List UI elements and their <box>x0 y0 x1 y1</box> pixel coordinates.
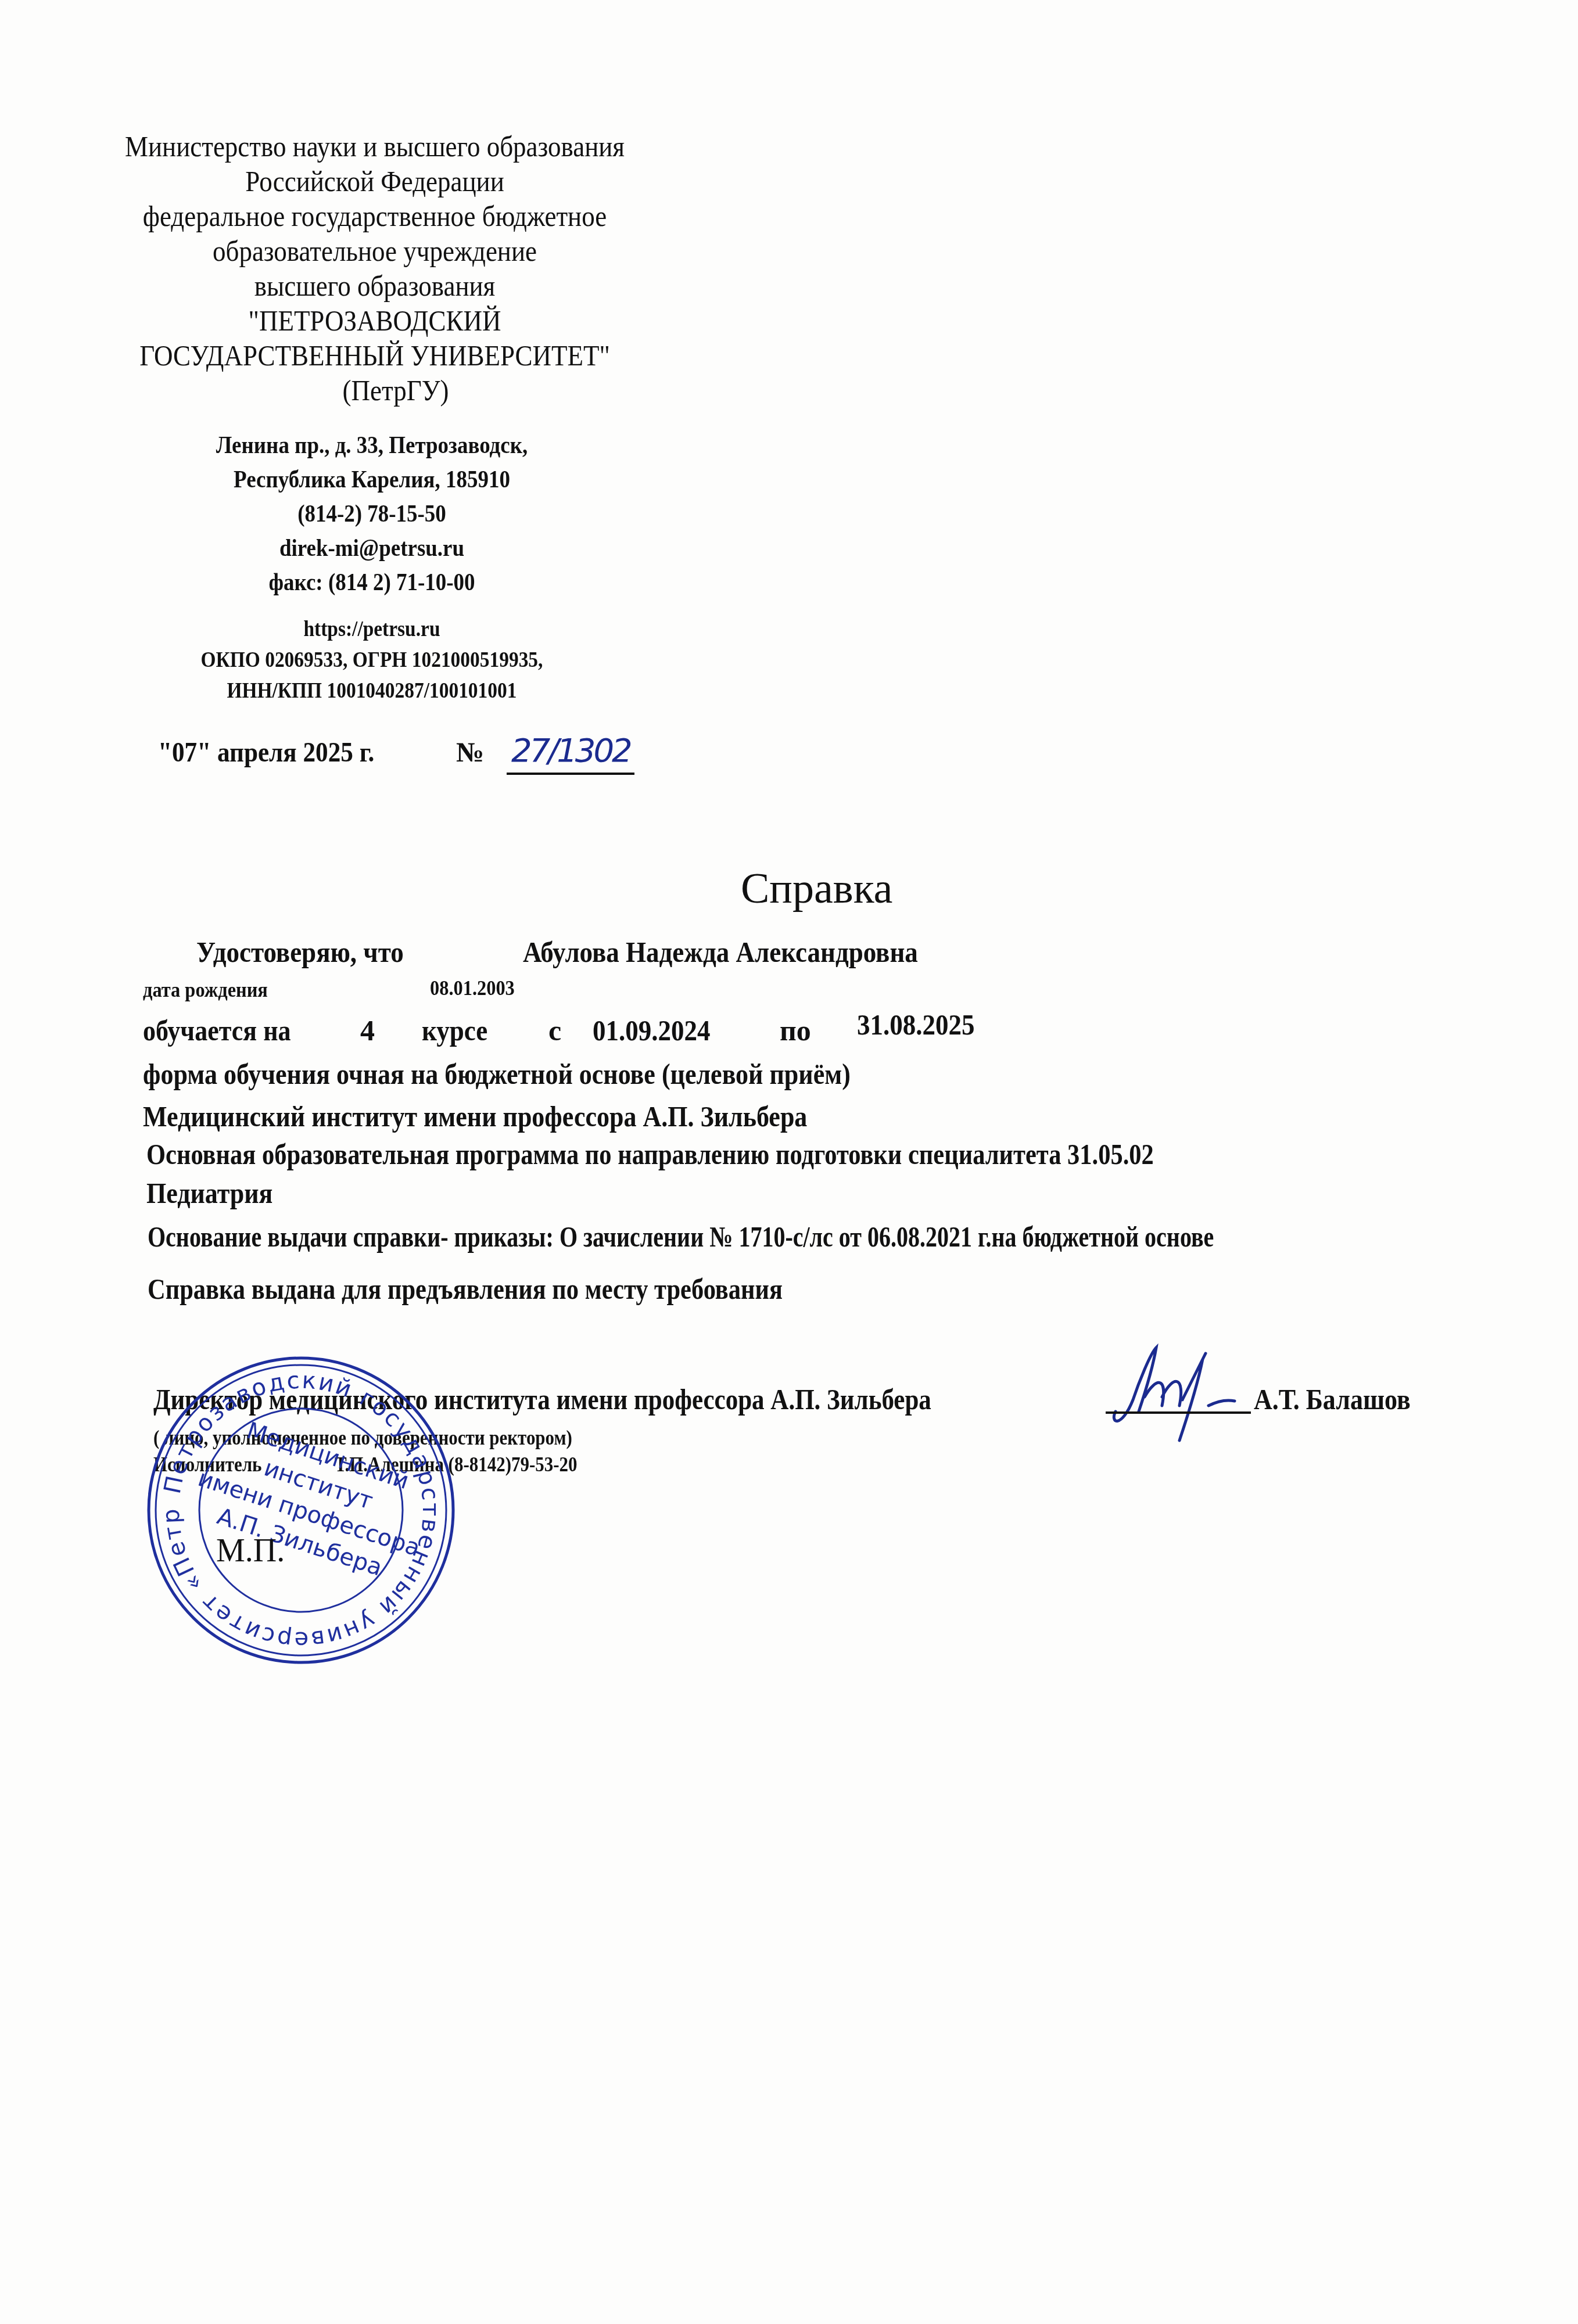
address-line-2: Республика Карелия, 185910 <box>147 463 597 497</box>
fax: факс: (814 2) 71-10-00 <box>147 566 597 600</box>
to-label: по <box>780 1014 811 1047</box>
org-header: Министерство науки и высшего образования… <box>101 129 650 408</box>
specialty: Педиатрия <box>146 1176 272 1210</box>
okpo-ogrn: ОКПО 02069533, ОГРН 1021000519935, <box>147 645 597 676</box>
number-label: № <box>456 737 484 768</box>
institution-stamp-icon: Петрозаводский государственный университ… <box>144 1353 458 1667</box>
student-name: Абулова Надежда Александровна <box>523 935 918 969</box>
from-date: 01.09.2024 <box>593 1014 711 1047</box>
org-line: высшего образования <box>101 268 650 303</box>
signature-icon <box>1104 1342 1267 1446</box>
from-label: с <box>548 1014 561 1047</box>
course-label: курсе <box>422 1014 487 1047</box>
document-title: Справка <box>741 864 892 914</box>
study-label: обучается на <box>143 1014 291 1047</box>
course-number: 4 <box>360 1014 375 1047</box>
org-line: Министерство науки и высшего образования <box>101 129 650 164</box>
org-line: Российской Федерации <box>101 164 650 199</box>
signer-name: А.Т. Балашов <box>1254 1382 1411 1416</box>
org-line: (ПетрГУ) <box>101 373 650 408</box>
website: https://petrsu.ru <box>147 614 597 645</box>
number-underline <box>507 773 634 775</box>
to-date: 31.08.2025 <box>857 1008 975 1041</box>
institute: Медицинский институт имени профессора А.… <box>143 1100 807 1133</box>
org-line: ГОСУДАРСТВЕННЫЙ УНИВЕРСИТЕТ" <box>101 338 650 373</box>
study-form: форма обучения очная на бюджетной основе… <box>143 1057 851 1091</box>
email: direk-mi@petrsu.ru <box>147 531 597 566</box>
seal-label: М.П. <box>216 1532 285 1569</box>
inn-kpp: ИНН/КПП 1001040287/100101001 <box>147 676 597 706</box>
basis: Основание выдачи справки- приказы: О зач… <box>148 1220 1214 1253</box>
signature-underline <box>1106 1411 1251 1414</box>
issue-date: "07" апреля 2025 г. <box>158 737 374 768</box>
birth-label: дата рождения <box>143 978 268 1002</box>
address-line-1: Ленина пр., д. 33, Петрозаводск, <box>147 429 597 463</box>
org-line: федеральное государственное бюджетное <box>101 199 650 234</box>
registration-number: 27/1302 <box>511 732 630 770</box>
org-line: "ПЕТРОЗАВОДСКИЙ <box>101 303 650 338</box>
phone: (814-2) 78-15-50 <box>147 497 597 531</box>
org-contacts: Ленина пр., д. 33, Петрозаводск, Республ… <box>147 429 597 706</box>
birth-date: 08.01.2003 <box>430 976 515 1000</box>
purpose: Справка выдана для предъявления по месту… <box>148 1272 783 1306</box>
program: Основная образовательная программа по на… <box>146 1137 1154 1171</box>
org-line: образовательное учреждение <box>101 234 650 268</box>
certify-label: Удостоверяю, что <box>196 935 404 969</box>
